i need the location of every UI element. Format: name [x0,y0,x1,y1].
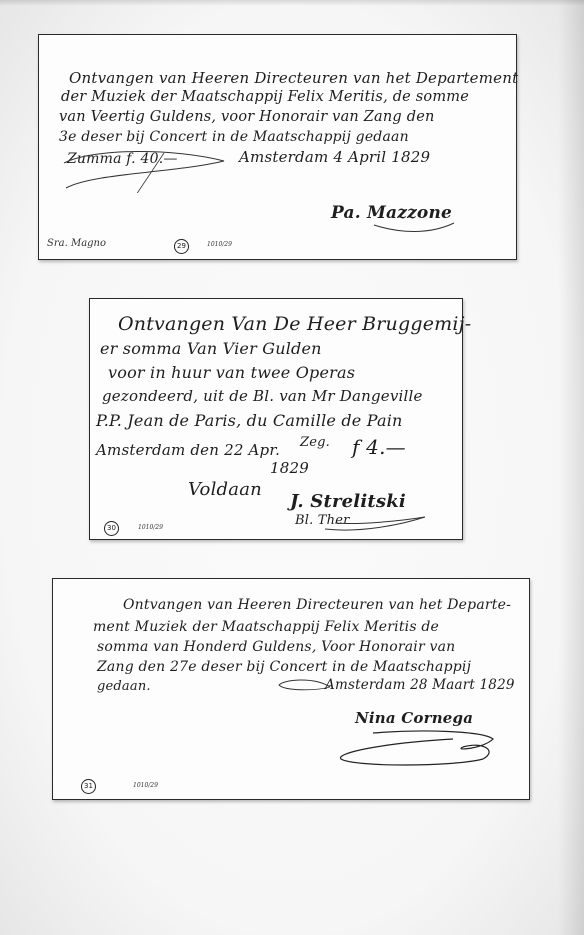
note-31-place-date: Amsterdam 28 Maart 1829 [325,677,515,693]
note-30-line-5: P.P. Jean de Paris, du Camille de Pain [96,411,403,430]
receipt-note-31: Ontvangen van Heeren Directeuren van het… [52,578,530,800]
receipt-note-30: Ontvangen Van De Heer Bruggemij- er somm… [89,298,463,540]
note-30-amount: f 4.— [352,435,406,459]
note-31-ref: 1010/29 [133,782,158,789]
note-31-date-flourish [275,675,335,695]
note-30-amount-prefix: Zeg. [300,435,330,450]
note-30-line-1: Ontvangen Van De Heer Bruggemij- [118,313,471,335]
note-30-signature-flourish [320,511,430,536]
note-31-signature: Nina Cornega [355,709,473,727]
note-31-line-3: somma van Honderd Guldens, Voor Honorair… [97,639,455,655]
note-29-signature-flourish [369,213,459,243]
note-30-line-3: voor in huur van twee Operas [108,363,355,382]
note-30-paid-label: Voldaan [188,479,262,500]
note-29-amount-flourish [54,143,254,193]
note-29-footer-name: Sra. Magno [47,238,106,249]
page-right-shadow [558,0,584,935]
note-30-place-date: Amsterdam den 22 Apr. [96,441,280,459]
note-30-number-badge: 30 [104,521,119,536]
receipt-note-29: Ontvangen van Heeren Directeuren van het… [38,34,517,260]
page-top-shadow [0,0,584,6]
note-29-ref: 1010/29 [207,241,232,248]
note-29-place-date: Amsterdam 4 April 1829 [239,148,430,166]
note-31-line-1: Ontvangen van Heeren Directeuren van het… [123,597,511,613]
note-30-line-2: er somma Van Vier Gulden [100,339,322,358]
note-30-line-4: gezondeerd, uit de Bl. van Mr Dangeville [102,387,423,405]
note-31-line-2: ment Muziek der Maatschappij Felix Merit… [93,619,439,635]
note-29-line-3: van Veertig Guldens, voor Honorair van Z… [59,109,435,125]
note-30-signature: J. Strelitski [290,491,406,512]
note-30-year: 1829 [270,459,309,477]
note-29-number-badge: 29 [174,239,189,254]
note-31-line-4: Zang den 27e deser bij Concert in de Maa… [97,659,471,675]
note-30-ref: 1010/29 [138,524,163,531]
note-29-line-2: der Muziek der Maatschappij Felix Meriti… [61,89,469,105]
note-29-line-1: Ontvangen van Heeren Directeuren van het… [69,69,518,87]
note-31-line-5: gedaan. [97,679,151,694]
note-31-number-badge: 31 [81,779,96,794]
note-31-signature-flourish [333,729,513,769]
